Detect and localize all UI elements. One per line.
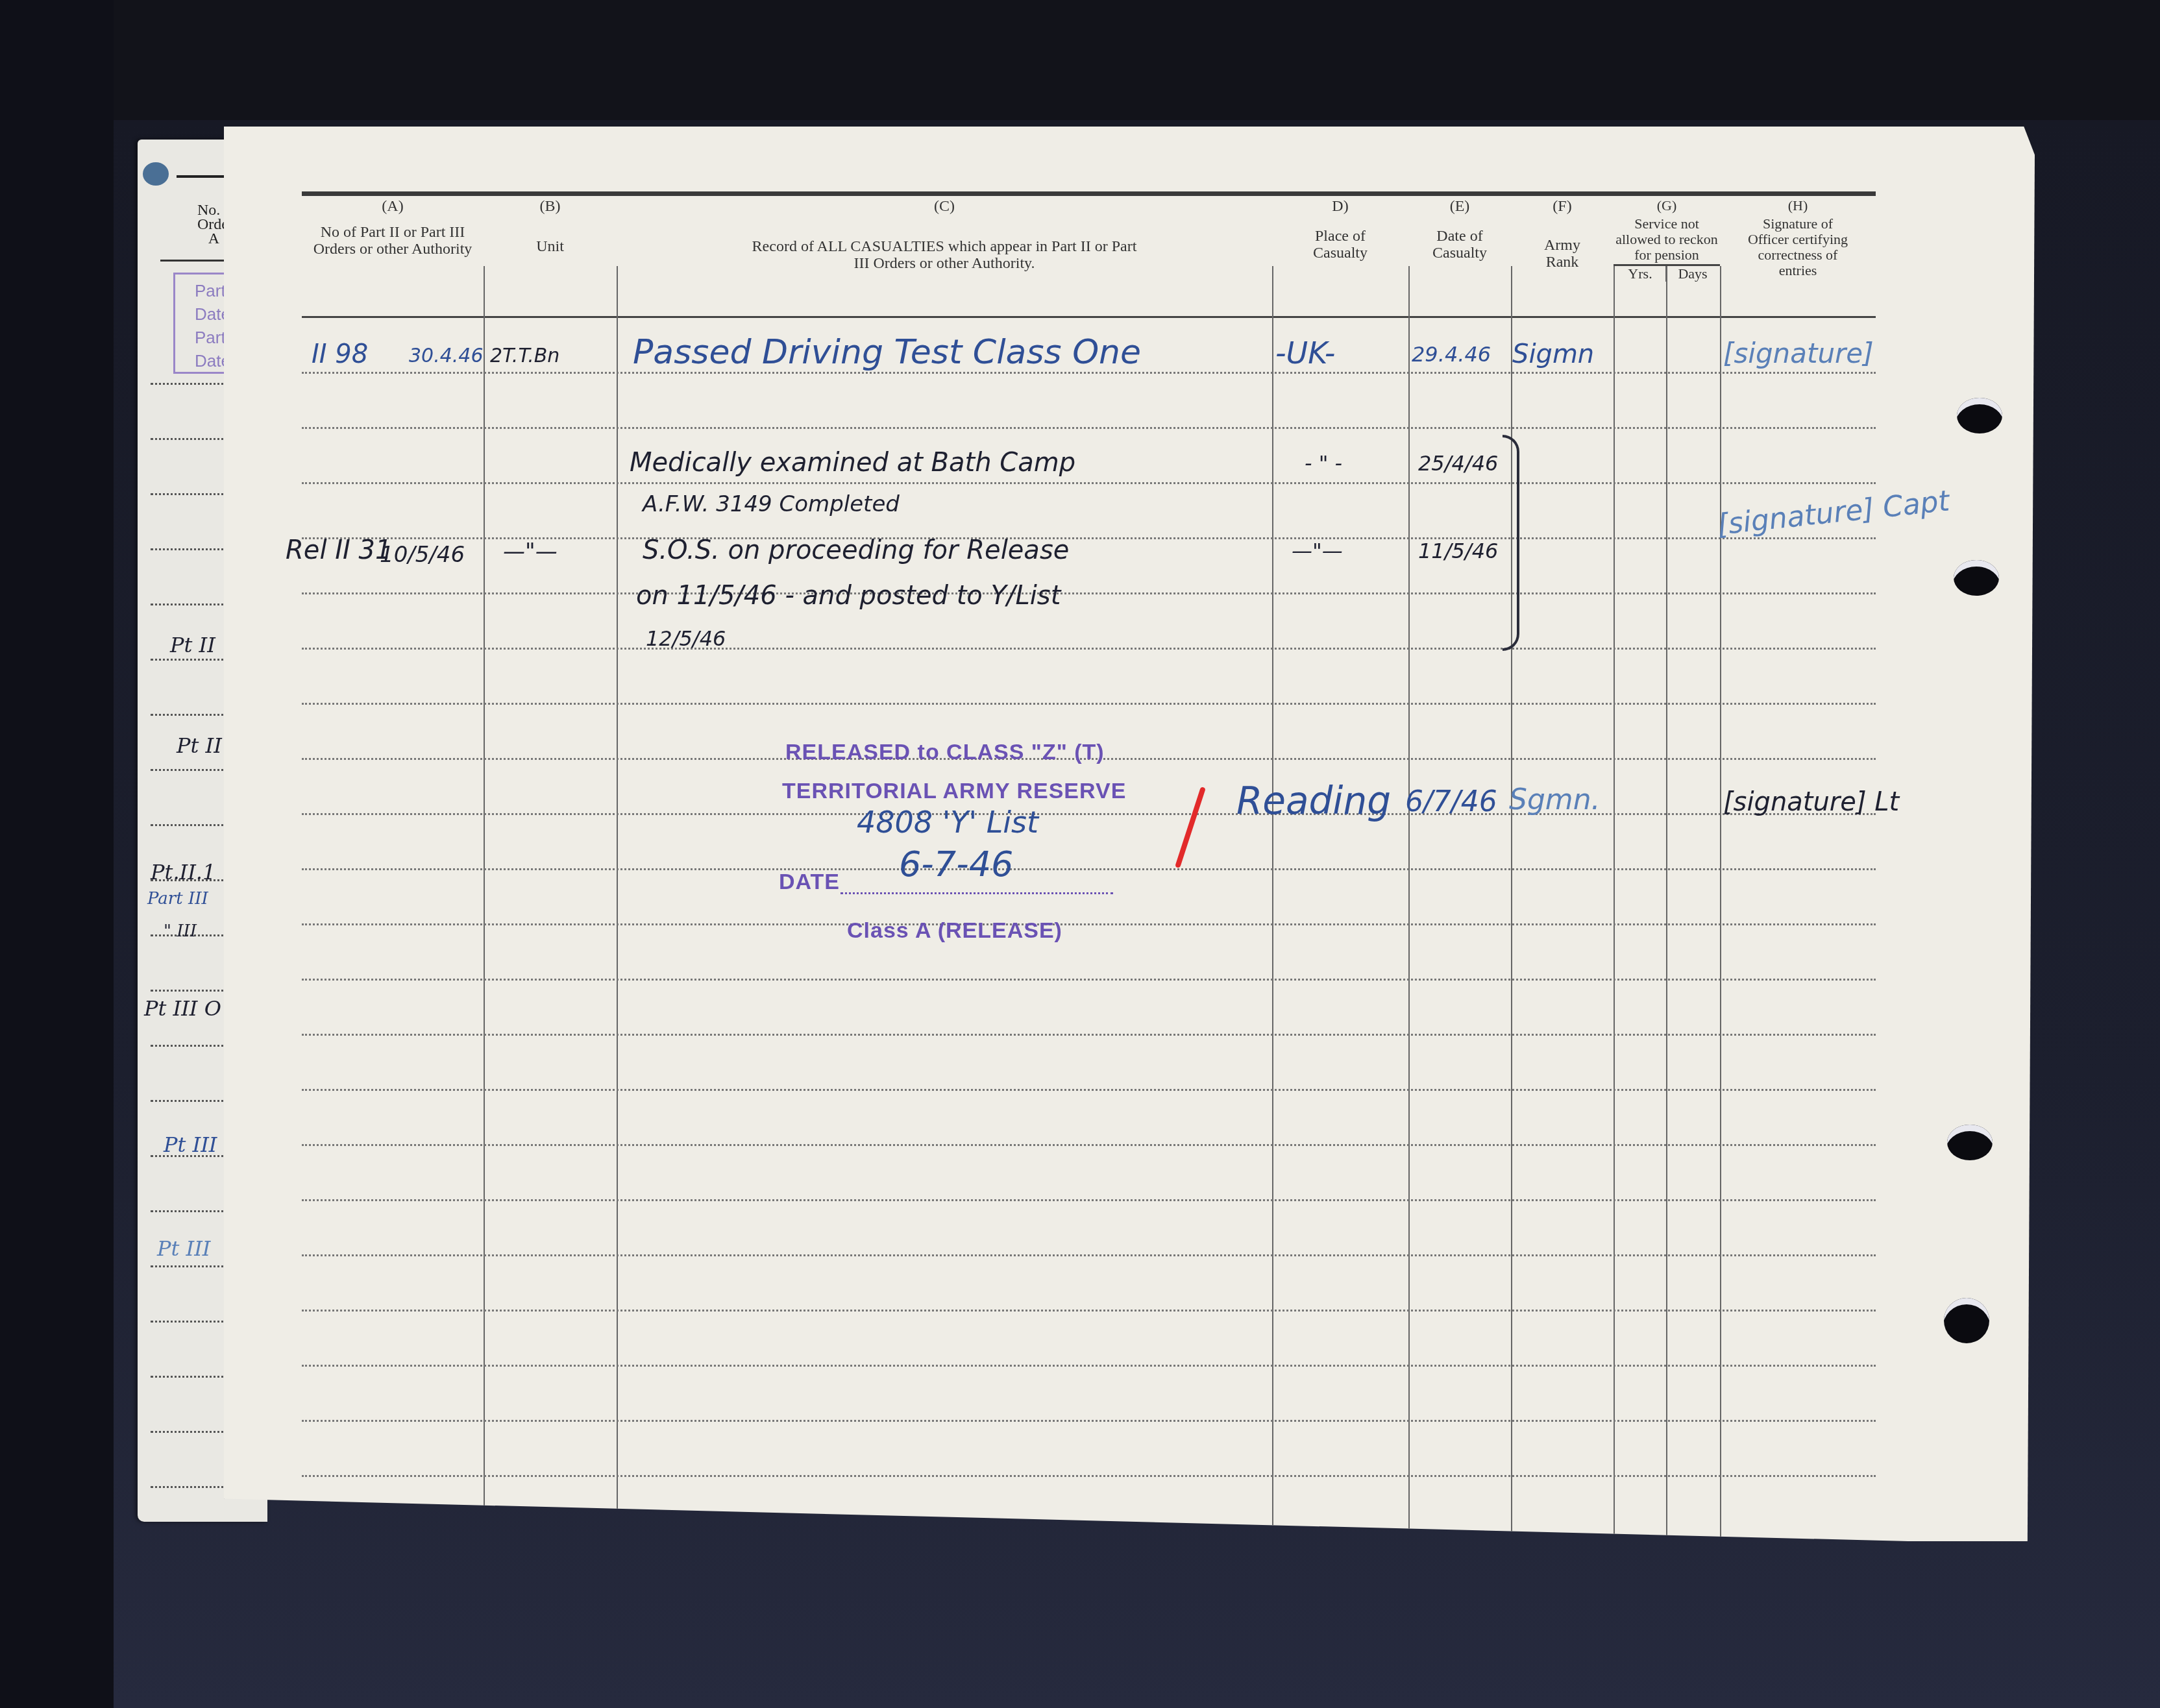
stamp-date-line: [841, 892, 1113, 894]
entry-record-line: S.O.S. on proceeding for Release: [643, 535, 1069, 565]
stamp-handwritten-list: 4808 'Y' List: [857, 805, 1038, 840]
margin-note: Pt III: [157, 1236, 210, 1261]
column-letter: D): [1272, 198, 1408, 215]
casualty-form-sheet: (A) No of Part II or Part III Orders or …: [224, 127, 2035, 1541]
margin-note: " III: [164, 921, 197, 941]
punch-hole: [1954, 560, 1999, 596]
row-line: [302, 813, 1876, 815]
entry-record-line: A.F.W. 3149 Completed: [643, 491, 900, 517]
margin-note: Pt II: [170, 633, 215, 657]
entry-record-line: 12/5/46: [646, 626, 726, 651]
back-page-header-fragment: No. Orde A: [197, 203, 228, 246]
column-header-e: (E) Date of Casualty: [1408, 198, 1511, 262]
column-divider: [1720, 266, 1721, 1642]
punch-hole: [1947, 1125, 1993, 1160]
entry-record-line: on 11/5/46 - and posted to Y/List: [636, 581, 1061, 611]
column-letter: (H): [1720, 198, 1876, 213]
entry-date: 25/4/46: [1418, 451, 1498, 476]
margin-note: Pt.II.1: [151, 860, 215, 884]
row-line: [302, 427, 1876, 429]
entry-date: 11/5/46: [1418, 539, 1498, 563]
column-sub-days: Days: [1665, 266, 1719, 282]
entry-place: —"—: [1292, 539, 1343, 563]
officer-signature: [signature] Lt: [1723, 787, 1899, 817]
entry-date: 29.4.46: [1412, 342, 1491, 367]
scan-frame-top: [114, 0, 2160, 120]
header-top-rule: [302, 191, 1876, 196]
column-label: Unit: [484, 238, 617, 255]
row-line: [302, 1144, 1876, 1146]
entry-rank: Sgmn.: [1509, 783, 1601, 816]
row-line: [302, 372, 1876, 374]
entry-rank: Sigmn: [1512, 339, 1594, 369]
column-label: No of Part II or Part III Orders or othe…: [313, 224, 472, 258]
punch-hole: [1944, 1298, 1989, 1343]
column-header-d: D) Place of Casualty: [1272, 198, 1408, 262]
column-divider: [1614, 266, 1615, 1642]
margin-note: Pt III O: [144, 996, 221, 1021]
row-line: [302, 1199, 1876, 1201]
row-line: [302, 1034, 1876, 1036]
column-letter: (E): [1408, 198, 1511, 215]
header-bottom-rule: [302, 316, 1876, 318]
entry-date: 6/7/46: [1405, 785, 1497, 818]
row-line: [302, 979, 1876, 981]
entry-record: Passed Driving Test Class One: [633, 333, 1141, 372]
column-letter: (F): [1511, 198, 1614, 215]
column-header-f: (F) Army Rank: [1511, 198, 1614, 271]
officer-signature: [signature] Capt: [1715, 484, 1951, 541]
entry-place: - " -: [1305, 451, 1342, 476]
column-label: Record of ALL CASUALTIES which appear in…: [746, 238, 1142, 272]
entry-authority-date: 30.4.46: [409, 345, 484, 367]
entry-place: -UK-: [1275, 335, 1335, 371]
margin-note: Part III: [147, 889, 208, 909]
column-label: Place of Casualty: [1298, 228, 1382, 262]
column-sub-years: Yrs.: [1615, 266, 1665, 282]
column-divider: [1666, 266, 1667, 1642]
row-line: [302, 592, 1876, 594]
entry-authority-date: 10/5/46: [380, 542, 465, 568]
column-label: Signature of Officer certifying correctn…: [1746, 216, 1850, 278]
column-header-c: (C) Record of ALL CASUALTIES which appea…: [617, 198, 1272, 272]
column-divider: [1408, 266, 1410, 1642]
column-header-a: (A) No of Part II or Part III Orders or …: [302, 198, 484, 258]
column-header-g: (G) Service not allowed to reckon for pe…: [1614, 198, 1720, 282]
stamp-handwritten-date: 6-7-46: [899, 844, 1013, 884]
officer-signature: [signature]: [1723, 337, 1874, 369]
entry-record-line: Medically examined at Bath Camp: [630, 448, 1075, 478]
row-line: [302, 1365, 1876, 1367]
column-divider: [1272, 266, 1273, 1642]
red-tick-mark: [1175, 787, 1206, 868]
row-line: [302, 1475, 1876, 1477]
bracket: [1503, 435, 1519, 651]
release-stamp-date-label: DATE: [779, 870, 840, 895]
release-stamp-line2: TERRITORIAL ARMY RESERVE: [782, 779, 1126, 804]
entry-unit: —"—: [503, 539, 558, 565]
release-stamp-line1: RELEASED to CLASS "Z" (T): [785, 740, 1105, 765]
column-divider: [484, 266, 485, 1642]
punch-hole: [1957, 398, 2002, 433]
row-line: [302, 703, 1876, 705]
column-letter: (A): [302, 198, 484, 215]
margin-note: Pt III: [164, 1132, 217, 1157]
row-line: [302, 482, 1876, 484]
scan-frame-left: [0, 0, 114, 1708]
margin-note: Pt II: [177, 733, 222, 758]
entry-authority: Rel II 31: [286, 535, 391, 565]
ink-blot: [143, 162, 169, 186]
column-header-b: (B) Unit: [484, 198, 617, 255]
column-letter: (B): [484, 198, 617, 215]
row-line: [302, 1254, 1876, 1256]
column-divider: [617, 266, 618, 1642]
column-header-h: (H) Signature of Officer certifying corr…: [1720, 198, 1876, 278]
column-label: Service not allowed to reckon for pensio…: [1614, 216, 1720, 266]
row-line: [302, 1420, 1876, 1422]
row-line: [302, 648, 1876, 650]
row-line: [302, 1310, 1876, 1311]
entry-unit: 2T.T.Bn: [490, 345, 559, 367]
column-letter: (C): [617, 198, 1272, 215]
release-stamp-footer: Class A (RELEASE): [847, 918, 1062, 944]
entry-place: Reading: [1236, 779, 1391, 823]
row-line: [302, 1089, 1876, 1091]
column-label: Army Rank: [1537, 237, 1588, 271]
column-label: Date of Casualty: [1421, 228, 1498, 262]
column-letter: (G): [1614, 198, 1720, 213]
row-line: [302, 923, 1876, 925]
row-line: [302, 868, 1876, 870]
entry-authority: II 98: [312, 339, 368, 369]
